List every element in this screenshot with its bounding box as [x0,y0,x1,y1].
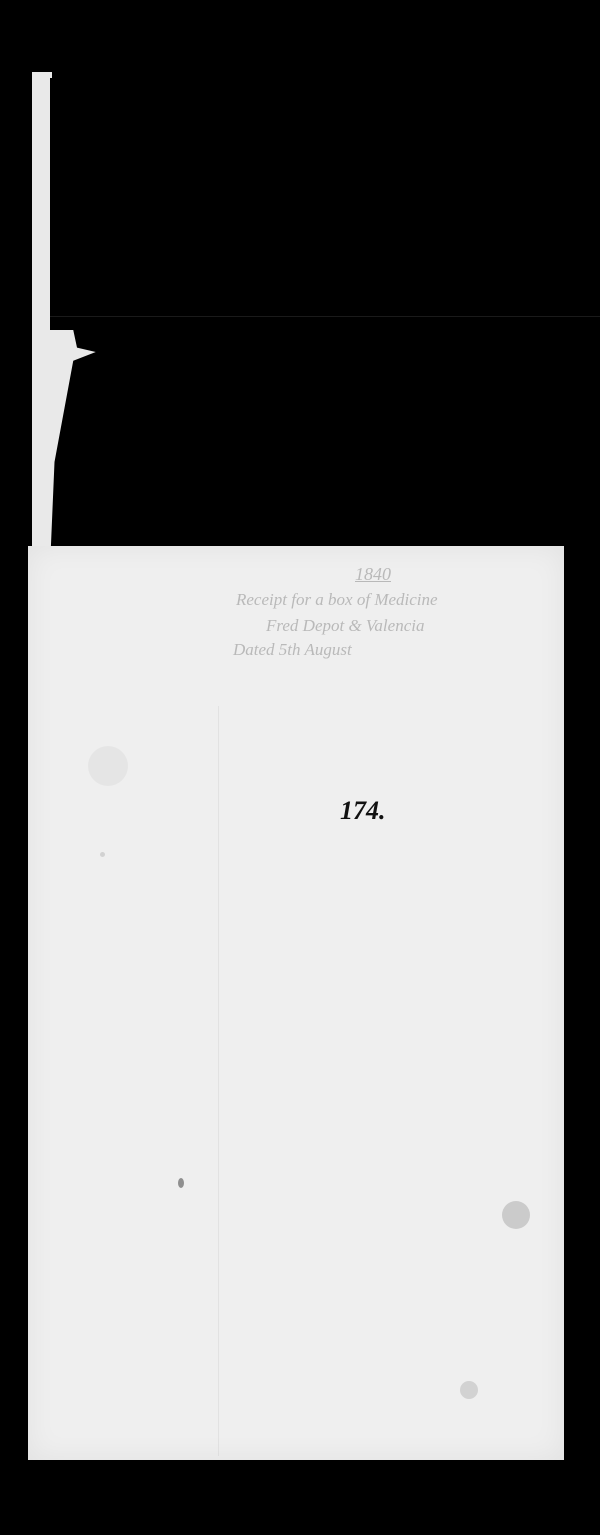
docket-year: 1840 [355,564,391,585]
docket-line-3: Dated 5th August [233,640,352,660]
ink-spot [178,1178,184,1188]
page-fold-line [218,706,219,1456]
docket-line-2: Fred Depot & Valencia [266,616,424,636]
document-page: 1840 Receipt for a box of Medicine Fred … [28,546,564,1460]
stain [88,746,128,786]
docket-line-1: Receipt for a box of Medicine [236,590,438,610]
ink-spot [100,852,105,857]
paper-edge-tab [32,72,52,78]
torn-paper-fragment [32,330,107,550]
bleed-through-writing [168,886,171,933]
stain [460,1381,478,1399]
folio-number: 174. [340,796,386,826]
stain [502,1201,530,1229]
film-frame-line [50,316,600,317]
